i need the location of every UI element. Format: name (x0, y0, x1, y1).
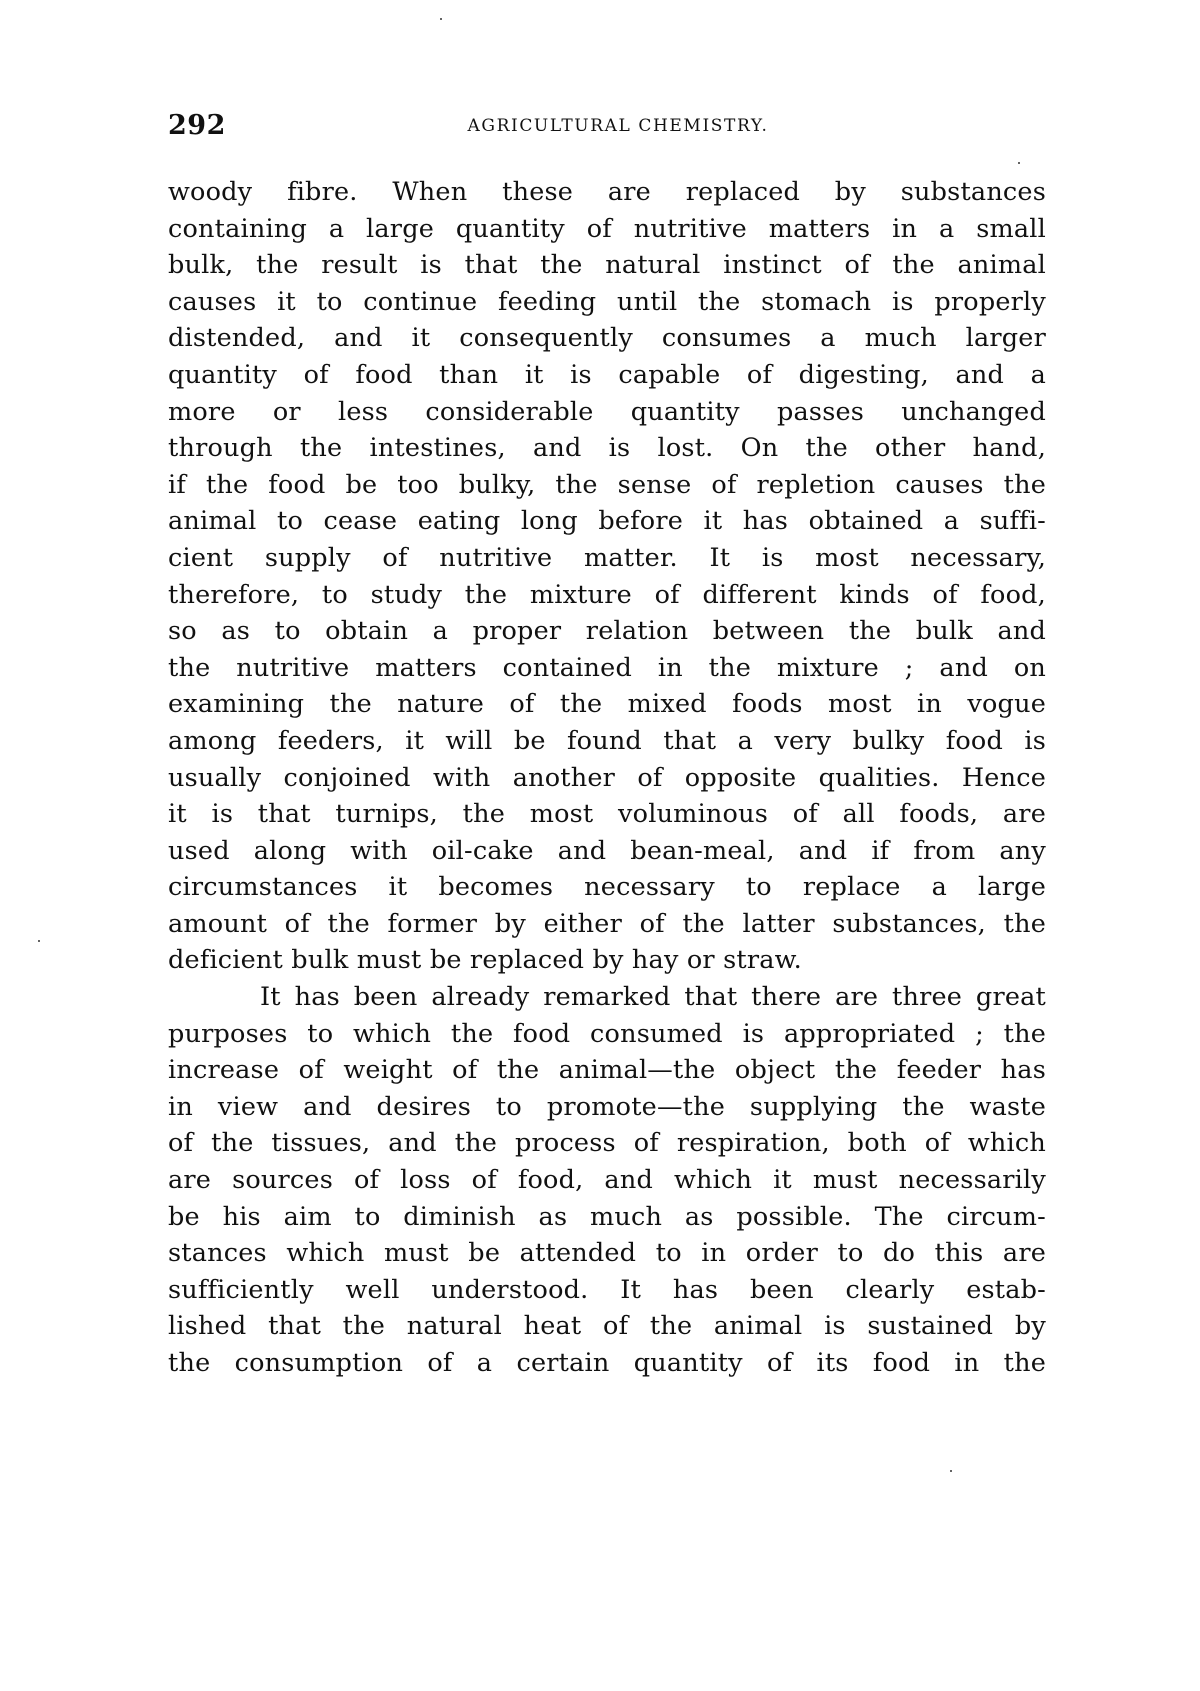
text-line: circumstances it becomes necessary to re… (168, 869, 1046, 906)
paragraph-1: woody fibre. When these are replaced by … (168, 174, 1046, 979)
text-line: therefore, to study the mixture of diffe… (168, 577, 1046, 614)
text-line: more or less considerable quantity passe… (168, 394, 1046, 431)
text-line: of the tissues, and the process of respi… (168, 1125, 1046, 1162)
text-line: quantity of food than it is capable of d… (168, 357, 1046, 394)
text-line: among feeders, it will be found that a v… (168, 723, 1046, 760)
book-page: 292 AGRICULTURAL CHEMISTRY. woody fibre.… (0, 0, 1200, 1691)
text-line: causes it to continue feeding until the … (168, 284, 1046, 321)
scan-speck (440, 18, 442, 20)
text-line: woody fibre. When these are replaced by … (168, 174, 1046, 211)
text-line: if the food be too bulky, the sense of r… (168, 467, 1046, 504)
text-line: the consumption of a certain quantity of… (168, 1345, 1046, 1382)
scan-speck (950, 1470, 952, 1472)
text-line: it is that turnips, the most voluminous … (168, 796, 1046, 833)
text-line: deficient bulk must be replaced by hay o… (168, 942, 1046, 979)
text-line: increase of weight of the animal—the obj… (168, 1052, 1046, 1089)
text-line: the nutritive matters contained in the m… (168, 650, 1046, 687)
scan-speck (1018, 162, 1020, 164)
text-line: It has been already remarked that there … (168, 979, 1046, 1016)
text-line: through the intestines, and is lost. On … (168, 430, 1046, 467)
text-line: be his aim to diminish as much as possib… (168, 1199, 1046, 1236)
text-line: amount of the former by either of the la… (168, 906, 1046, 943)
paragraph-2: It has been already remarked that there … (168, 979, 1046, 1382)
text-line: distended, and it consequently consumes … (168, 320, 1046, 357)
text-line: animal to cease eating long before it ha… (168, 503, 1046, 540)
text-line: purposes to which the food consumed is a… (168, 1016, 1046, 1053)
text-line: stances which must be attended to in ord… (168, 1235, 1046, 1272)
text-line: cient supply of nutritive matter. It is … (168, 540, 1046, 577)
text-line: containing a large quantity of nutritive… (168, 211, 1046, 248)
text-line: used along with oil-cake and bean-meal, … (168, 833, 1046, 870)
text-line: are sources of loss of food, and which i… (168, 1162, 1046, 1199)
text-line: examining the nature of the mixed foods … (168, 686, 1046, 723)
running-title: AGRICULTURAL CHEMISTRY. (278, 116, 958, 136)
page-number: 292 (168, 110, 226, 141)
text-line: sufficiently well understood. It has bee… (168, 1272, 1046, 1309)
text-line: in view and desires to promote—the suppl… (168, 1089, 1046, 1126)
text-line: lished that the natural heat of the anim… (168, 1308, 1046, 1345)
scan-speck (38, 940, 40, 942)
text-line: usually conjoined with another of opposi… (168, 760, 1046, 797)
running-head: 292 AGRICULTURAL CHEMISTRY. (168, 110, 1048, 150)
text-line: bulk, the result is that the natural ins… (168, 247, 1046, 284)
body-text: woody fibre. When these are replaced by … (168, 174, 1046, 1382)
text-line: so as to obtain a proper relation betwee… (168, 613, 1046, 650)
